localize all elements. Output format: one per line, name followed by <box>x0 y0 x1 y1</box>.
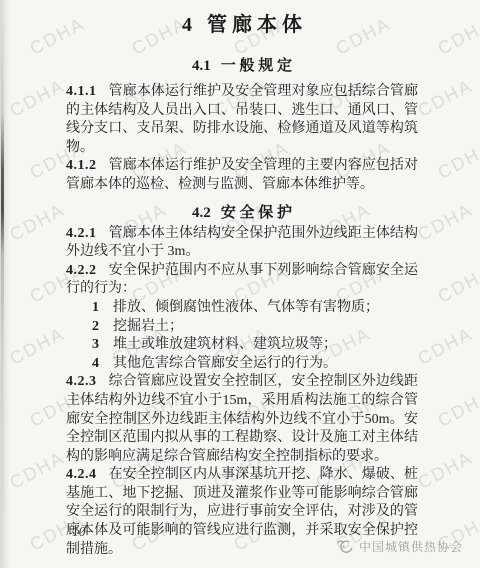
clause-4-2-4-number: 4.2.4 <box>66 467 97 482</box>
clause-4-2-1-text: 管廊本体主体结构安全保护范围外边线距主体结构外边线不宜小于 3m。 <box>66 226 418 260</box>
watermark-text: CDHA <box>7 75 69 121</box>
clause-4-1-2-text: 管廊本体运行维护及安全管理的主要内容应包括对管廊本体的巡检、检测与监测、管廊本体… <box>66 158 418 192</box>
watermark-text: CDHA <box>415 199 477 245</box>
document-content: 4管 廊 本 体 4.1一 般 规 定 4.1.1管廊本体运行维护及安全管理对象… <box>66 0 418 559</box>
list-item-3-number: 3 <box>92 336 113 355</box>
clause-4-2-3-number: 4.2.3 <box>66 374 97 389</box>
watermark-text: CDHA <box>7 323 69 369</box>
section-heading-4-2: 4.2安 全 保 护 <box>66 204 418 222</box>
footer-brand: 中国城镇供热协会 <box>335 538 463 555</box>
watermark-text: CDHA <box>7 447 69 493</box>
list-item: 3堆土或堆放建筑材料、建筑垃圾等； <box>66 336 418 355</box>
clause-4-1-2: 4.1.2管廊本体运行维护及安全管理的主要内容应包括对管廊本体的巡检、检测与监测… <box>66 157 418 194</box>
watermark-text: CDHA <box>7 199 69 245</box>
chapter-title-text: 管 廊 本 体 <box>207 14 302 36</box>
clause-4-2-2-text: 安全保护范围内不应从事下列影响综合管廊安全运行的行为： <box>66 263 418 297</box>
footer-organization: 中国城镇供热协会 <box>359 538 463 555</box>
watermark-text: CDHA <box>435 137 480 183</box>
section-4-1-number: 4.1 <box>192 58 211 74</box>
chapter-number: 4 <box>182 14 192 36</box>
list-item-2-number: 2 <box>92 318 113 337</box>
scan-edge-smudge <box>1 0 4 568</box>
clause-4-2-1: 4.2.1管廊本体主体结构安全保护范围外边线距主体结构外边线不宜小于 3m。 <box>66 225 418 262</box>
clause-4-1-1-number: 4.1.1 <box>66 84 97 99</box>
section-heading-4-1: 4.1一 般 规 定 <box>66 57 418 75</box>
list-item-2-text: 挖掘岩土； <box>113 319 183 334</box>
clause-4-2-3-text: 综合管廊应设置安全控制区，安全控制区外边线距主体结构外边线不宜小于15m，采用盾… <box>66 374 418 463</box>
watermark-text: CDHA <box>435 385 480 431</box>
list-item-1-number: 1 <box>92 299 113 318</box>
clause-4-2-3: 4.2.3综合管廊应设置安全控制区，安全控制区外边线距主体结构外边线不宜小于15… <box>66 373 418 466</box>
list-item-1-text: 排放、倾倒腐蚀性液体、气体等有害物质； <box>113 300 379 315</box>
clause-4-2-2-number: 4.2.2 <box>66 263 97 278</box>
clause-4-2-1-number: 4.2.1 <box>66 226 97 241</box>
watermark-text: CDHA <box>435 261 480 307</box>
list-item-4-text: 其他危害综合管廊安全运行的行为。 <box>113 356 337 371</box>
list-item: 2挖掘岩土； <box>66 318 418 337</box>
list-item: 4其他危害综合管廊安全运行的行为。 <box>66 355 418 374</box>
behavior-list: 1排放、倾倒腐蚀性液体、气体等有害物质； 2挖掘岩土； 3堆土或堆放建筑材料、建… <box>66 299 418 373</box>
clause-4-1-2-number: 4.1.2 <box>66 158 97 173</box>
list-item-3-text: 堆土或堆放建筑材料、建筑垃圾等； <box>113 337 337 352</box>
section-4-2-title: 安 全 保 护 <box>221 205 292 221</box>
watermark-text: CDHA <box>415 447 477 493</box>
section-4-1-title: 一 般 规 定 <box>221 58 292 74</box>
list-item-4-number: 4 <box>92 355 113 374</box>
watermark-text: CDHA <box>435 13 480 59</box>
list-item: 1排放、倾倒腐蚀性液体、气体等有害物质； <box>66 299 418 318</box>
watermark-text: CDHA <box>415 75 477 121</box>
cdha-logo-icon <box>335 539 355 555</box>
clause-4-1-1: 4.1.1管廊本体运行维护及安全管理对象应包括综合管廊的主体结构及人员出入口、吊… <box>66 83 418 157</box>
watermark-text: CDHA <box>415 323 477 369</box>
section-4-2-number: 4.2 <box>192 205 211 221</box>
chapter-title: 4管 廊 本 体 <box>66 13 418 38</box>
document-page: CDHACDHACDHACDHACDHACDHACDHACDHACDHACDHA… <box>0 0 480 568</box>
clause-4-1-1-text: 管廊本体运行维护及安全管理对象应包括综合管廊的主体结构及人员出入口、吊装口、逃生… <box>66 84 418 155</box>
clause-4-2-2: 4.2.2安全保护范围内不应从事下列影响综合管廊安全运行的行为： <box>66 262 418 299</box>
page-number: 10 <box>72 524 86 540</box>
